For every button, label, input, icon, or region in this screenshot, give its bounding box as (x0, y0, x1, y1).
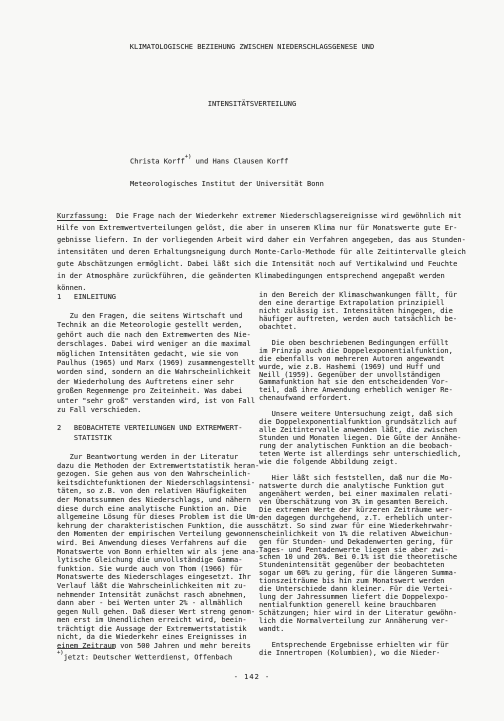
abstract-paragraph: Kurzfassung: Die Frage nach der Wiederke… (57, 210, 466, 294)
footnote-rule (57, 648, 115, 649)
paper-title: KLIMATOLOGISCHE BEZIEHUNG ZWISCHEN NIEDE… (0, 0, 504, 152)
abstract-label: Kurzfassung: (57, 212, 108, 220)
footnote-line: +)jetzt: Deutscher Wetterdienst, Offenba… (57, 652, 232, 661)
affiliation-line: Meteorologisches Institut der Universitä… (130, 180, 324, 188)
author-name: Christa Korff (130, 157, 185, 165)
page-number: - 142 - (0, 673, 504, 681)
section-1-heading: 1 EINLEITUNG (57, 293, 116, 301)
abstract-text: Die Frage nach der Wiederkehr extremer N… (57, 212, 466, 292)
footnote-marker: +) (57, 650, 64, 656)
paper-page: KLIMATOLOGISCHE BEZIEHUNG ZWISCHEN NIEDE… (0, 0, 504, 721)
section-1-paragraph: Zu den Fragen, die seitens Wirtschaft un… (57, 312, 255, 415)
footnote-text: jetzt: Deutscher Wetterdienst, Offenbach (64, 653, 233, 661)
right-column-text: in den Bereich der Klimaschwankungen fäl… (259, 292, 461, 658)
author-rest: und Hans Clausen Korff (191, 157, 288, 165)
paper-title-line1: KLIMATOLOGISCHE BEZIEHUNG ZWISCHEN NIEDE… (0, 38, 504, 57)
section-2-paragraph: Zur Beantwortung werden in der Literatur… (57, 453, 259, 651)
section-2-heading: 2 BEOBACHTETE VERTEILUNGEN UND EXTREMWER… (57, 423, 242, 443)
author-footnote-marker: +) (185, 154, 192, 160)
author-line: Christa Korff+) und Hans Clausen Korff (130, 156, 288, 165)
paper-title-line2: INTENSITÄTSVERTEILUNG (0, 95, 504, 114)
